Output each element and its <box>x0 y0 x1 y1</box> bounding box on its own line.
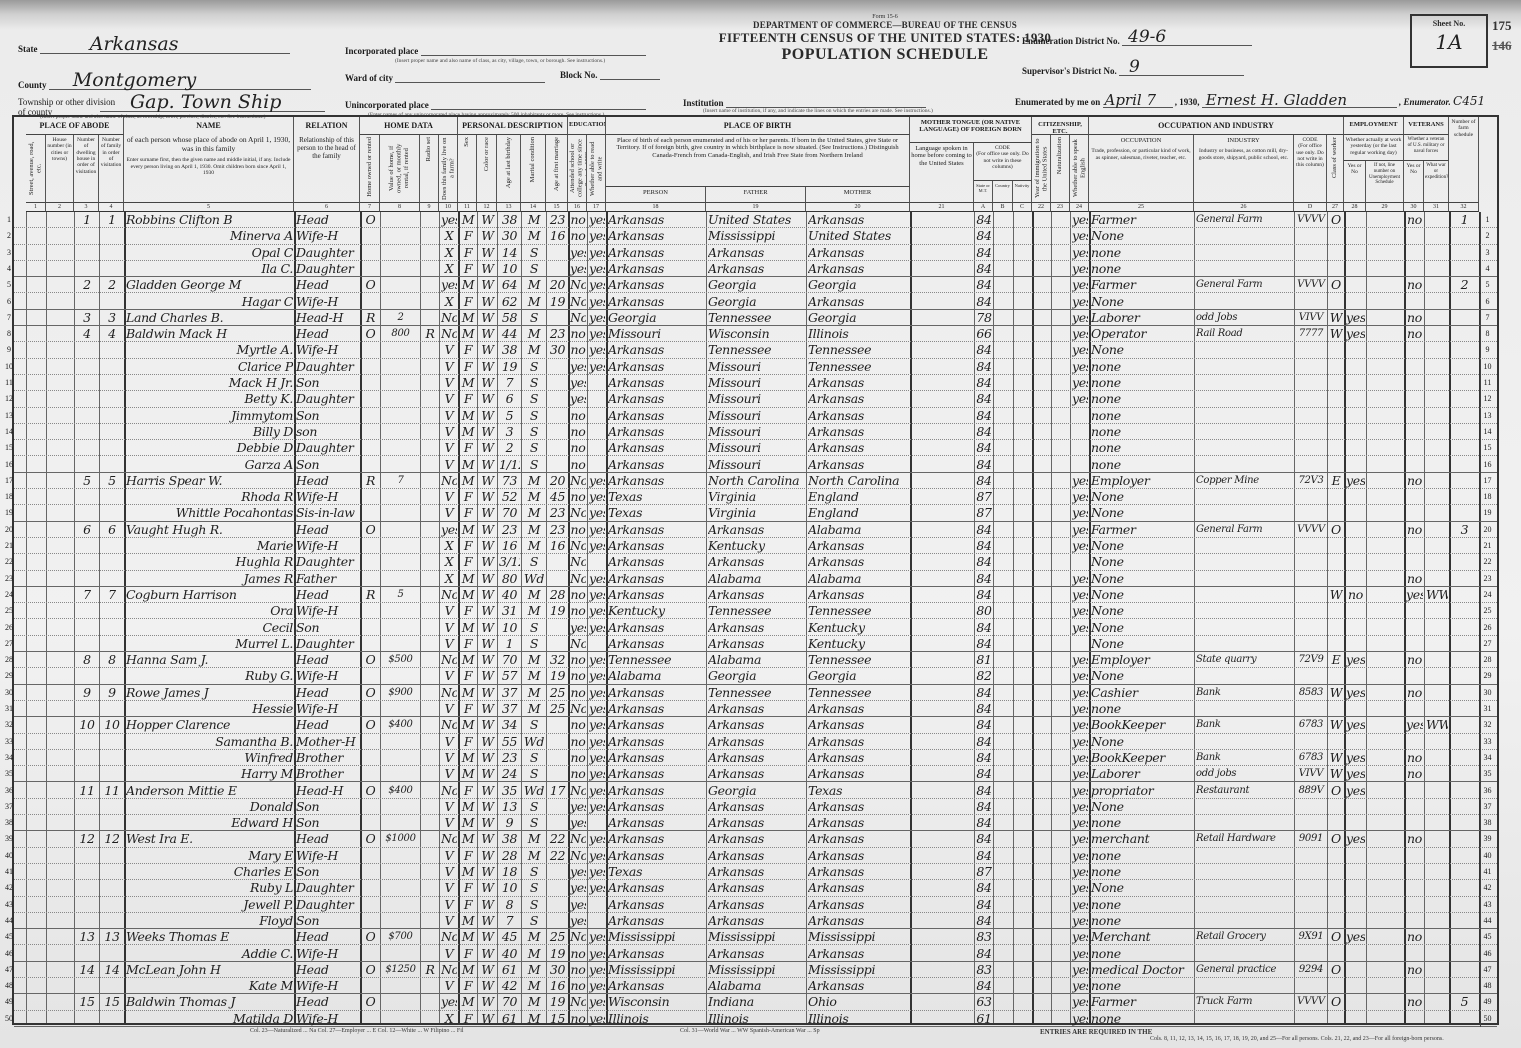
cell-race: W <box>479 685 496 701</box>
cell-ca: 84 <box>976 457 992 473</box>
cell-farm: yes <box>441 522 457 538</box>
column-number: 19 <box>706 203 806 212</box>
cell-bm: Arkansas <box>808 897 909 913</box>
cell-dw: 1 <box>76 212 98 228</box>
cell-oc: 889V <box>1296 783 1326 799</box>
cell-eng: yes <box>1072 538 1088 554</box>
header-code-c: Nativity <box>1013 181 1032 203</box>
cell-mar: M <box>523 603 545 619</box>
cell-eng: yes <box>1072 929 1088 945</box>
cell-dw: 9 <box>76 685 98 701</box>
cell-farm: yes <box>441 277 457 293</box>
cell-race: W <box>479 522 496 538</box>
cell-bf: Tennessee <box>708 603 805 619</box>
group-home-data: HOME DATA <box>360 117 458 135</box>
cell-bp: Arkansas <box>608 391 705 407</box>
line-number-right: 37 <box>1480 799 1494 815</box>
cell-rel: Wife-H <box>296 603 359 619</box>
cell-bf: Georgia <box>708 277 805 293</box>
cell-race: W <box>479 962 496 978</box>
footer-entries-required: ENTRIES ARE REQUIRED IN THE <box>1040 1028 1152 1036</box>
cell-bp: Arkansas <box>608 245 705 261</box>
cell-eng: yes <box>1072 310 1088 326</box>
cell-rel: Wife-H <box>296 489 359 505</box>
cell-ca: 84 <box>976 538 992 554</box>
header-value: Value of home, if owned, or monthly rent… <box>380 135 420 203</box>
header-english: Whether able to speak English <box>1070 135 1089 203</box>
table-row: 22Hughla RDaughterXFW3/12SNoArkansasArka… <box>14 554 1497 570</box>
cell-bp: Arkansas <box>608 424 705 440</box>
cell-bp: Arkansas <box>608 848 705 864</box>
line-number-right: 21 <box>1480 538 1494 554</box>
line-number-right: 5 <box>1480 277 1494 293</box>
cell-ca: 78 <box>976 310 992 326</box>
cell-ca: 83 <box>976 929 992 945</box>
cell-mar: M <box>523 587 545 603</box>
cell-rel: Daughter <box>296 897 359 913</box>
table-row: 471414McLean John HHeadO$1250RNoMW61M30n… <box>14 962 1497 978</box>
cell-agem: 19 <box>548 668 567 684</box>
cell-sex: M <box>460 522 476 538</box>
cell-sch: yes <box>570 864 586 880</box>
cell-bp: Arkansas <box>608 783 705 799</box>
cell-mar: M <box>523 294 545 310</box>
cell-ca: 84 <box>976 587 992 603</box>
cell-name: Ila C. <box>126 261 293 277</box>
cell-emp: yes <box>1346 766 1365 782</box>
line-number-left: 44 <box>4 913 14 929</box>
table-row: 2Minerva AWife-HXFW30M16noyesArkansasMis… <box>14 228 1497 244</box>
cell-rel: Head <box>296 212 359 228</box>
cell-eng: yes <box>1072 897 1088 913</box>
cell-vet: no <box>1406 473 1423 489</box>
line-number-right: 46 <box>1480 946 1494 962</box>
cell-bf: Arkansas <box>708 946 805 962</box>
cell-sex: M <box>460 799 476 815</box>
cell-emp: yes <box>1346 783 1365 799</box>
cell-vet: no <box>1406 277 1423 293</box>
cell-name: Garza A <box>126 457 293 473</box>
line-number-right: 13 <box>1480 408 1494 424</box>
cell-rel: Son <box>296 457 359 473</box>
cell-eng: yes <box>1072 652 1088 668</box>
cell-race: W <box>479 880 496 896</box>
cell-name: Rowe James J <box>126 685 293 701</box>
cell-oc: VVVV <box>1296 522 1326 538</box>
cell-rel: Head-H <box>296 310 359 326</box>
cell-farm: No <box>441 473 457 489</box>
cell-race: W <box>479 864 496 880</box>
cell-oc: 6783 <box>1296 750 1326 766</box>
line-number-right: 9 <box>1480 342 1494 358</box>
cell-bm: Arkansas <box>808 831 909 847</box>
cell-race: W <box>479 929 496 945</box>
cell-eng: yes <box>1072 994 1088 1010</box>
cell-name: Hughla R <box>126 554 293 570</box>
cell-race: W <box>479 489 496 505</box>
cell-age: 7 <box>499 913 520 929</box>
cell-read: yes <box>589 505 605 521</box>
cell-agem: 17 <box>548 783 567 799</box>
cell-ind: Restaurant <box>1196 783 1293 799</box>
cell-rel: Head <box>296 522 359 538</box>
group-place-of-birth: PLACE OF BIRTH <box>606 117 910 135</box>
cell-ind: Bank <box>1196 717 1293 733</box>
cell-bm: Arkansas <box>808 408 909 424</box>
table-row: 37DonaldSonVMW13SyesyesArkansasArkansasA… <box>14 799 1497 815</box>
cell-bp: Texas <box>608 505 705 521</box>
cell-farm: X <box>441 261 457 277</box>
column-number: 13 <box>497 203 521 212</box>
cell-sex: F <box>460 636 476 652</box>
cell-bf: United States <box>708 212 805 228</box>
cell-oc: 72V3 <box>1296 473 1326 489</box>
cell-agem: 23 <box>548 505 567 521</box>
cell-sex: M <box>460 375 476 391</box>
ed-field: Enumeration District No. 49-6 <box>1022 32 1252 46</box>
cell-age: 35 <box>499 783 520 799</box>
column-number: 8 <box>380 203 420 212</box>
line-number-right: 23 <box>1480 571 1494 587</box>
cell-sch: No <box>570 473 586 489</box>
cell-sch: no <box>570 766 586 782</box>
cell-name: Debbie D <box>126 440 293 456</box>
line-number-left: 12 <box>4 391 14 407</box>
cell-rel: Father <box>296 571 359 587</box>
cell-race: W <box>479 408 496 424</box>
cell-rel: Brother <box>296 750 359 766</box>
cell-occ: None <box>1091 505 1193 521</box>
cell-farm: V <box>441 457 457 473</box>
cell-mar: S <box>523 880 545 896</box>
cell-name: Donald <box>126 799 293 815</box>
line-number-right: 36 <box>1480 783 1494 799</box>
cell-bm: North Carolina <box>808 473 909 489</box>
column-number: 22 <box>1032 203 1051 212</box>
cell-ind: Retail Grocery <box>1196 929 1293 945</box>
cell-race: W <box>479 913 496 929</box>
header-marital: Marital condition <box>521 135 546 203</box>
cell-age: 16 <box>499 538 520 554</box>
cell-age: 55 <box>499 734 520 750</box>
cell-bp: Arkansas <box>608 212 705 228</box>
cell-sex: F <box>460 359 476 375</box>
cell-name: Weeks Thomas E <box>126 929 293 945</box>
cell-sex: F <box>460 734 476 750</box>
line-number-left: 4 <box>4 261 14 277</box>
footer-legend-left: Col. 23—Naturalized ... Na Col. 27—Emplo… <box>250 1028 464 1034</box>
cell-sch: No <box>570 538 586 554</box>
cell-bp: Alabama <box>608 668 705 684</box>
cell-vet: no <box>1406 831 1423 847</box>
cell-eng: yes <box>1072 946 1088 962</box>
cell-farm: V <box>441 342 457 358</box>
cell-ca: 84 <box>976 750 992 766</box>
cell-bp: Arkansas <box>608 701 705 717</box>
cell-age: 3 <box>499 424 520 440</box>
cell-bm: Texas <box>808 783 909 799</box>
cell-occ: Merchant <box>1091 929 1193 945</box>
cell-mar: S <box>523 391 545 407</box>
ed-value: 49-6 <box>1128 27 1166 47</box>
cell-eng: yes <box>1072 261 1088 277</box>
line-number-right: 32 <box>1480 717 1494 733</box>
cell-race: W <box>479 848 496 864</box>
cell-fam: 8 <box>101 652 123 668</box>
cell-bp: Arkansas <box>608 978 705 994</box>
cell-bp: Arkansas <box>608 750 705 766</box>
cell-farm: V <box>441 766 457 782</box>
cell-sex: F <box>460 946 476 962</box>
cell-farm: V <box>441 408 457 424</box>
cell-ca: 84 <box>976 277 992 293</box>
cell-bf: Arkansas <box>708 261 805 277</box>
line-number-right: 27 <box>1480 636 1494 652</box>
cell-name: Ruby L <box>126 880 293 896</box>
cell-bp: Arkansas <box>608 685 705 701</box>
cell-race: W <box>479 750 496 766</box>
cell-read: yes <box>589 864 605 880</box>
cell-sex: M <box>460 212 476 228</box>
cell-fam: 15 <box>101 994 123 1010</box>
cell-own: R <box>362 587 379 603</box>
cell-oc: 9294 <box>1296 962 1326 978</box>
cell-bp: Arkansas <box>608 897 705 913</box>
cell-sex: F <box>460 1011 476 1027</box>
cell-occ: none <box>1091 424 1193 440</box>
cell-farm: No <box>441 685 457 701</box>
cell-ca: 84 <box>976 359 992 375</box>
cell-age: 6 <box>499 391 520 407</box>
cell-name: Mary E <box>126 848 293 864</box>
line-number-right: 16 <box>1480 457 1494 473</box>
cell-sex: F <box>460 261 476 277</box>
cell-age: 19 <box>499 359 520 375</box>
cell-read: yes <box>589 310 605 326</box>
line-number-left: 41 <box>4 864 14 880</box>
cell-bm: Arkansas <box>808 212 909 228</box>
cell-farm: X <box>441 571 457 587</box>
cell-ca: 84 <box>976 571 992 587</box>
cell-dw: 15 <box>76 994 98 1010</box>
cell-ind: General Farm <box>1196 212 1293 228</box>
cell-agem: 19 <box>548 946 567 962</box>
cell-bp: Arkansas <box>608 261 705 277</box>
column-number: D <box>1294 203 1327 212</box>
cell-oc: 8583 <box>1296 685 1326 701</box>
cell-cls: O <box>1329 929 1343 945</box>
line-number-left: 23 <box>4 571 14 587</box>
cell-bp: Arkansas <box>608 277 705 293</box>
cell-bp: Arkansas <box>608 913 705 929</box>
cell-mar: M <box>523 522 545 538</box>
cell-sex: F <box>460 342 476 358</box>
cell-val: $400 <box>382 717 419 733</box>
cell-bm: Mississippi <box>808 929 909 945</box>
cell-own: O <box>362 522 379 538</box>
cell-vet: no <box>1406 522 1423 538</box>
cell-occ: medical Doctor <box>1091 962 1193 978</box>
cell-mar: S <box>523 897 545 913</box>
cell-bf: Arkansas <box>708 701 805 717</box>
cell-age: 42 <box>499 978 520 994</box>
cell-eng: yes <box>1072 522 1088 538</box>
block-field: Block No. <box>560 70 660 80</box>
cell-bf: Georgia <box>708 783 805 799</box>
cell-age: 38 <box>499 831 520 847</box>
cell-age: 28 <box>499 848 520 864</box>
cell-bp: Illinois <box>608 1011 705 1027</box>
cell-rel: Wife-H <box>296 1011 359 1027</box>
cell-bf: Mississippi <box>708 929 805 945</box>
cell-age: 34 <box>499 717 520 733</box>
cell-occ: none <box>1091 848 1193 864</box>
cell-occ: none <box>1091 946 1193 962</box>
cell-own: O <box>362 652 379 668</box>
cell-mar: M <box>523 848 545 864</box>
cell-sex: M <box>460 685 476 701</box>
cell-age: 73 <box>499 473 520 489</box>
cell-eng: yes <box>1072 962 1088 978</box>
sd-field: Supervisor's District No. 9 <box>1022 62 1244 76</box>
cell-occ: merchant <box>1091 831 1193 847</box>
cell-ca: 83 <box>976 962 992 978</box>
cell-ca: 84 <box>976 245 992 261</box>
cell-name: West Ira E. <box>126 831 293 847</box>
cell-age: 38 <box>499 342 520 358</box>
cell-bf: Arkansas <box>708 620 805 636</box>
cell-eng: yes <box>1072 603 1088 619</box>
cell-own: O <box>362 685 379 701</box>
header-occupation: OCCUPATIONTrade, profession, or particul… <box>1089 135 1194 203</box>
cell-mar: M <box>523 831 545 847</box>
cell-vet: no <box>1406 994 1423 1010</box>
group-occupation-industry: OCCUPATION AND INDUSTRY <box>1089 117 1344 135</box>
cell-sch: No <box>570 929 586 945</box>
cell-age: 31 <box>499 603 520 619</box>
cell-bf: Arkansas <box>708 766 805 782</box>
column-number: 10 <box>439 203 458 212</box>
cell-own: O <box>362 962 379 978</box>
cell-bm: Georgia <box>808 668 909 684</box>
cell-ind: Rail Road <box>1196 326 1293 342</box>
cell-sex: M <box>460 913 476 929</box>
cell-read: yes <box>589 831 605 847</box>
line-number-left: 3 <box>4 245 14 261</box>
cell-ca: 84 <box>976 342 992 358</box>
cell-sex: M <box>460 717 476 733</box>
column-number: 26 <box>1194 203 1294 212</box>
cell-ca: 61 <box>976 1011 992 1027</box>
cell-bf: Arkansas <box>708 750 805 766</box>
cell-read: yes <box>589 538 605 554</box>
cell-sch: No <box>570 554 586 570</box>
cell-mar: M <box>523 326 545 342</box>
cell-sch: no <box>570 440 586 456</box>
cell-occ: None <box>1091 734 1193 750</box>
cell-occ: BookKeeper <box>1091 717 1193 733</box>
cell-bp: Wisconsin <box>608 994 705 1010</box>
cell-rel: Head-H <box>296 783 359 799</box>
cell-ind: State quarry <box>1196 652 1293 668</box>
line-number-right: 10 <box>1480 359 1494 375</box>
cell-age: 10 <box>499 620 520 636</box>
cell-occ: none <box>1091 375 1193 391</box>
cell-bp: Texas <box>608 864 705 880</box>
cell-race: W <box>479 375 496 391</box>
cell-vet: yes <box>1406 587 1423 603</box>
cell-ca: 87 <box>976 864 992 880</box>
cell-sex: M <box>460 424 476 440</box>
header-school: Attended school or college any time sinc… <box>568 135 587 203</box>
cell-sex: M <box>460 750 476 766</box>
cell-occ: none <box>1091 440 1193 456</box>
cell-mar: M <box>523 489 545 505</box>
cell-sch: No <box>570 310 586 326</box>
cell-bm: Kentucky <box>808 620 909 636</box>
cell-age: 80 <box>499 571 520 587</box>
cell-name: Land Charles B. <box>126 310 293 326</box>
table-row: 25OraWife-HVFW31M19noyesKentuckyTennesse… <box>14 603 1497 619</box>
cell-ind: General Farm <box>1196 277 1293 293</box>
cell-read: yes <box>589 261 605 277</box>
cell-cls: W <box>1329 685 1343 701</box>
cell-age: 30 <box>499 228 520 244</box>
cell-sex: M <box>460 766 476 782</box>
cell-ind: Bank <box>1196 685 1293 701</box>
cell-occ: None <box>1091 880 1193 896</box>
table-row: 11Mack H Jr.SonVMW7SyesArkansasMissouriA… <box>14 375 1497 391</box>
cell-bp: Arkansas <box>608 538 705 554</box>
cell-vet: no <box>1406 962 1423 978</box>
cell-own: O <box>362 212 379 228</box>
cell-ca: 84 <box>976 717 992 733</box>
cell-bm: Arkansas <box>808 245 909 261</box>
cell-race: W <box>479 294 496 310</box>
table-row: 451313Weeks Thomas EHeadO$700NoMW45M25No… <box>14 929 1497 945</box>
cell-cls: W <box>1329 717 1343 733</box>
cell-sex: F <box>460 848 476 864</box>
cell-sch: no <box>570 587 586 603</box>
cell-rel: Daughter <box>296 636 359 652</box>
cell-rel: Head <box>296 587 359 603</box>
table-row: 44FloydSonVMW7SyesArkansasArkansasArkans… <box>14 913 1497 929</box>
group-mother-tongue: MOTHER TONGUE (OR NATIVE LANGUAGE) OF FO… <box>910 117 1032 143</box>
header-emp-yes: Yes or No <box>1344 161 1366 203</box>
line-number-left: 8 <box>4 326 14 342</box>
county-value: Montgomery <box>73 69 196 91</box>
cell-ca: 84 <box>976 766 992 782</box>
cell-vet: no <box>1406 571 1423 587</box>
cell-race: W <box>479 310 496 326</box>
census-sheet: State Arkansas County Montgomery Townshi… <box>0 0 1521 1048</box>
cell-bf: Arkansas <box>708 554 805 570</box>
state-value: Arkansas <box>90 33 179 55</box>
line-number-left: 39 <box>4 831 14 847</box>
cell-ind: Truck Farm <box>1196 994 1293 1010</box>
cell-eng: yes <box>1072 750 1088 766</box>
cell-dw: 13 <box>76 929 98 945</box>
cell-rel: Head <box>296 929 359 945</box>
line-number-right: 25 <box>1480 603 1494 619</box>
table-row: 3099Rowe James JHeadO$900NoMW37M25noyesA… <box>14 685 1497 701</box>
cell-age: 37 <box>499 701 520 717</box>
cell-name: Betty K. <box>126 391 293 407</box>
cell-bf: Missouri <box>708 375 805 391</box>
cell-cls: O <box>1329 212 1343 228</box>
cell-sch: no <box>570 326 586 342</box>
cell-rel: Head <box>296 277 359 293</box>
